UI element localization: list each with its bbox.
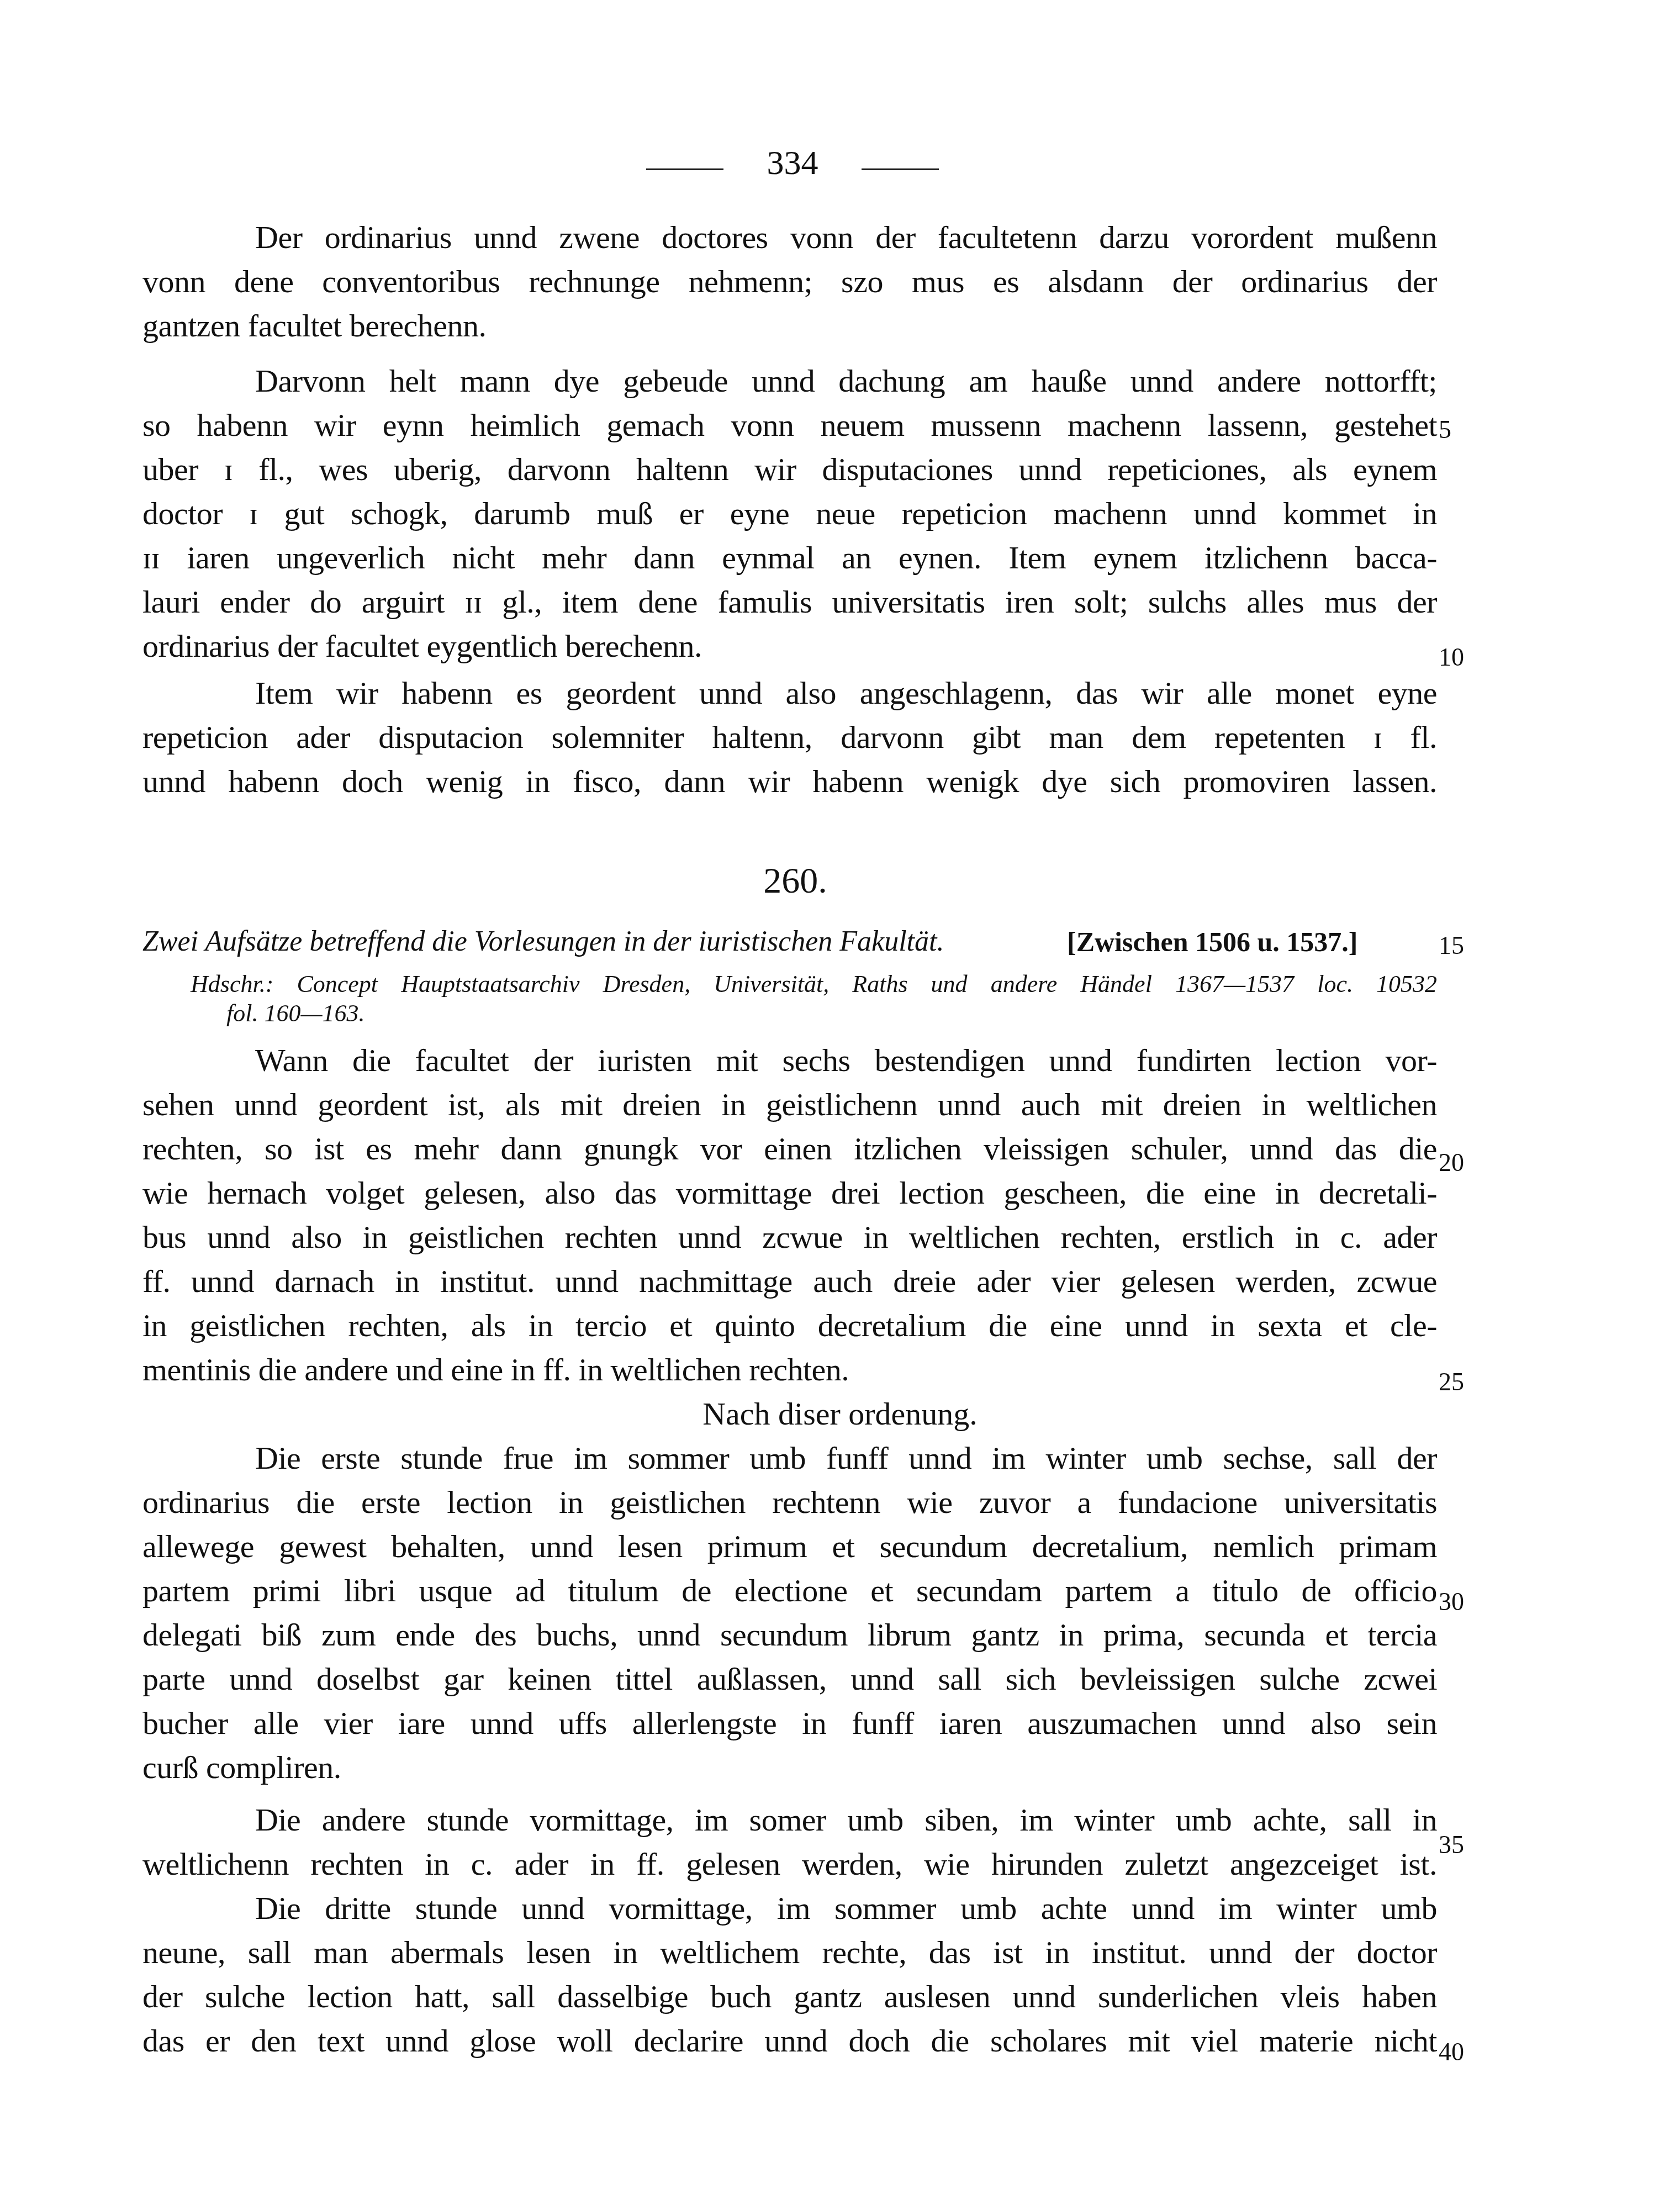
text-line: so habenn wir eynn heimlich gemach vonn … bbox=[142, 403, 1437, 447]
text-line: ɪɪ iaren ungeverlich nicht mehr dann eyn… bbox=[142, 536, 1437, 580]
text-line: weltlichenn rechten in c. ader in ff. ge… bbox=[142, 1842, 1437, 1886]
text-line: Die andere stunde vormittage, im somer u… bbox=[255, 1798, 1437, 1842]
text-line: vonn dene conventoribus rechnunge nehmen… bbox=[142, 260, 1437, 304]
text-line: wie hernach volget gelesen, also das vor… bbox=[142, 1171, 1437, 1215]
subheading: Nach diser ordenung. bbox=[0, 1392, 1680, 1436]
page-number: 334 bbox=[757, 141, 828, 185]
header-rule-right bbox=[862, 168, 939, 170]
text-line: neune, sall man abermals lesen in weltli… bbox=[142, 1930, 1437, 1975]
text-line: parte unnd doselbst gar keinen tittel au… bbox=[142, 1657, 1437, 1701]
text-line: rechten, so ist es mehr dann gnungk vor … bbox=[142, 1127, 1437, 1171]
text-line: repeticion ader disputacion solemniter h… bbox=[142, 715, 1437, 759]
line-number: 5 bbox=[1439, 408, 1451, 452]
text-line: uber ɪ fl., wes uberig, darvonn haltenn … bbox=[142, 447, 1437, 492]
document-date: [Zwischen 1506 u. 1537.] bbox=[1067, 920, 1357, 964]
text-line: mentinis die andere und eine in ff. in w… bbox=[142, 1348, 1437, 1392]
text-line: ordinarius die erste lection in geistlic… bbox=[142, 1480, 1437, 1525]
source-note-continued: fol. 160—163. bbox=[226, 997, 365, 1030]
text-line: unnd habenn doch wenig in fisco, dann wi… bbox=[142, 759, 1437, 804]
text-line: Item wir habenn es geordent unnd also an… bbox=[255, 671, 1437, 715]
text-line: der sulche lection hatt, sall dasselbige… bbox=[142, 1975, 1437, 2019]
text-line: lauri ender do arguirt ɪɪ gl., item dene… bbox=[142, 580, 1437, 624]
text-line: Der ordinarius unnd zwene doctores vonn … bbox=[255, 215, 1437, 260]
document-title: Zwei Aufsätze betreffend die Vorlesungen… bbox=[142, 920, 944, 964]
text-line: ff. unnd darnach in institut. unnd nachm… bbox=[142, 1259, 1437, 1304]
book-page: 334 Der ordinarius unnd zwene doctores v… bbox=[0, 0, 1680, 2189]
line-number: 35 bbox=[1439, 1823, 1464, 1867]
document-number: 260. bbox=[740, 856, 850, 906]
page-header: 334 bbox=[0, 141, 1680, 185]
text-line: curß compliren. bbox=[142, 1745, 1437, 1790]
header-rule-left bbox=[646, 168, 723, 170]
text-line: bucher alle vier iare unnd uffs allerlen… bbox=[142, 1701, 1437, 1745]
line-number: 20 bbox=[1439, 1141, 1464, 1185]
text-line: Die erste stunde frue im sommer umb funf… bbox=[255, 1436, 1437, 1480]
text-line: ordinarius der facultet eygentlich berec… bbox=[142, 624, 1437, 668]
text-line: Darvonn helt mann dye gebeude unnd dachu… bbox=[255, 359, 1437, 403]
line-number: 30 bbox=[1439, 1580, 1464, 1624]
text-line: doctor ɪ gut schogk, darumb muß er eyne … bbox=[142, 492, 1437, 536]
text-line: Die dritte stunde unnd vormittage, im so… bbox=[255, 1886, 1437, 1930]
source-note: Hdschr.: Concept Hauptstaatsarchiv Dresd… bbox=[191, 968, 1437, 1001]
text-line: in geistlichen rechten, als in tercio et… bbox=[142, 1304, 1437, 1348]
line-number: 10 bbox=[1439, 635, 1464, 679]
text-line: bus unnd also in geistlichen rechten unn… bbox=[142, 1215, 1437, 1259]
text-line: sehen unnd geordent ist, als mit dreien … bbox=[142, 1083, 1437, 1127]
text-line: gantzen facultet berechenn. bbox=[142, 304, 1437, 348]
text-line: delegati biß zum ende des buchs, unnd se… bbox=[142, 1613, 1437, 1657]
line-number: 15 bbox=[1439, 924, 1464, 968]
text-line: Wann die facultet der iuristen mit sechs… bbox=[255, 1038, 1437, 1083]
text-line: allewege gewest behalten, unnd lesen pri… bbox=[142, 1525, 1437, 1569]
line-number: 40 bbox=[1439, 2030, 1464, 2074]
text-line: partem primi libri usque ad titulum de e… bbox=[142, 1569, 1437, 1613]
text-line: das er den text unnd glose woll declarir… bbox=[142, 2019, 1437, 2063]
